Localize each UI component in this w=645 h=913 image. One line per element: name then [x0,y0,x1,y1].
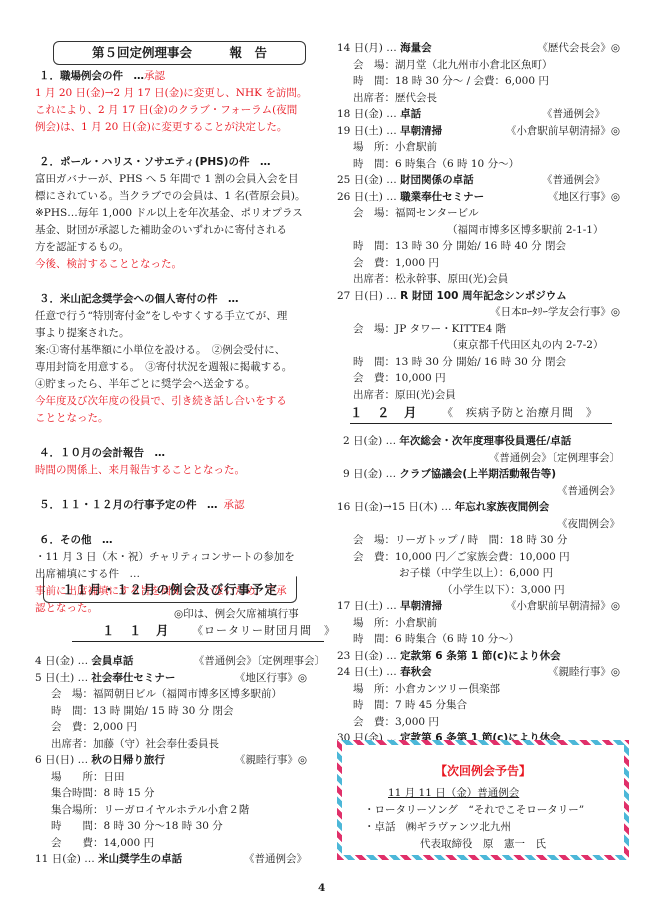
event-row: 5 日(土) … 社会奉仕セミナー 《地区行事》◎ [35,670,325,687]
event-row: 14 日(月) … 海量会 《歴代会長会》◎ [337,40,620,57]
event-tag: 《親睦行事》◎ [235,752,307,769]
status-approved: 承認 [224,499,245,511]
status-approved: 承認 [144,70,165,82]
event-tag: 《小倉駅前早朝清掃》◎ [506,123,620,140]
event-tag: 《普通例会》 [337,483,620,500]
item-4-heading: ４．１０月の会計報告 … [35,445,325,462]
event-tag: 《普通例会》 [542,106,605,123]
schedule-title-box: １１月・１２月の例会及び行事予定 [43,576,297,603]
notice-line: ・卓話 ㈱ギラヴァンツ北九州 [364,819,624,836]
event-row: 23 日(金) … 定款第 6 条第 1 節(c)により休会 [337,648,620,665]
event-row: 16 日(金)→15 日(木) … 年忘れ家族夜間例会 [337,499,620,516]
event-row: 6 日(日) … 秋の日帰り旅行 《親睦行事》◎ [35,752,325,769]
event-row: 11 日(金) … 米山奨学生の卓話 《普通例会》 [35,851,325,868]
event-tag: 《普通例会》 [542,172,605,189]
report-items: １．職場例会の件 …承認 1 月 20 日(金)→2 月 17 日(金)に変更し… [35,68,325,617]
event-row: 27 日(日) … R 財団 100 周年記念シンポジウム [337,288,620,305]
event-row: 17 日(土) … 早朝清掃 《小倉駅前早朝清掃》◎ [337,598,620,615]
event-tag: 《小倉駅前早朝清掃》◎ [506,598,620,615]
item-6-heading: ６．その他 … [35,532,325,549]
item-2-heading: ２．ポール・ハリス・ソサエティ(PHS)の件 … [35,154,325,171]
event-row: 4 日(金) … 会員卓話 《普通例会》〔定例理事会〕 [35,653,325,670]
event-tag: 《歴代会長会》◎ [537,40,620,57]
event-tag: 《地区行事》◎ [548,189,620,206]
dec-events: 2 日(金) … 年次総会・次年度理事役員選任/卓話 《普通例会》〔定例理事会〕… [337,433,620,747]
next-meeting-notice: 【次回例会予告】 11 月 11 日（金）普通例会 ・ロータリーソング “それで… [337,740,629,860]
month-heading-nov: １ １ 月 《ロータリー財団月間 》 [72,622,324,642]
nov-events: 4 日(金) … 会員卓話 《普通例会》〔定例理事会〕 5 日(土) … 社会奉… [35,653,325,868]
notice-line: 代表取締役 原 憲一 氏 [420,836,624,853]
event-row: 19 日(土) … 早朝清掃 《小倉駅前早朝清掃》◎ [337,123,620,140]
event-tag: 《普通例会》〔定例理事会〕 [194,653,325,670]
event-row: 26 日(土) … 職業奉仕セミナー 《地区行事》◎ [337,189,620,206]
event-row: 24 日(土) … 春秋会 《親睦行事》◎ [337,664,620,681]
event-row: 2 日(金) … 年次総会・次年度理事役員選任/卓話 [337,433,620,450]
event-tag: 《地区行事》◎ [235,670,307,687]
schedule-note: ◎印は、例会欠席補填行事 [174,606,299,623]
month-heading-dec: １ ２ 月 《 疾病予防と治療月間 》 [350,404,612,424]
event-row: 25 日(金) … 財団関係の卓話 《普通例会》 [337,172,620,189]
event-tag: 《夜間例会》 [337,516,620,533]
notice-title: 【次回例会予告】 [342,763,624,780]
event-tag: 《普通例会》 [244,851,307,868]
event-tag: 《普通例会》〔定例理事会〕 [337,450,620,467]
nov-events-continued: 14 日(月) … 海量会 《歴代会長会》◎ 会 場：湖月堂（北九州市小倉北区魚… [337,40,620,403]
item-3-heading: ３．米山記念奨学会への個人寄付の件 … [35,291,325,308]
item-1-heading: １．職場例会の件 …承認 [35,68,325,85]
event-tag: 《親睦行事》◎ [548,664,620,681]
report-title-box: 第５回定例理事会 報 告 [53,41,306,65]
event-tag: 《日本ﾛｰﾀﾘｰ学友会行事》◎ [337,304,620,321]
item-5-heading: ５．１１・１２月の行事予定の件 …承認 [35,497,325,514]
page-number: 4 [318,880,325,897]
report-title: 第５回定例理事会 報 告 [92,45,267,60]
event-row: 18 日(金) … 卓話 《普通例会》 [337,106,620,123]
schedule-title: １１月・１２月の例会及び行事予定 [62,582,278,597]
notice-date: 11 月 11 日（金）普通例会 [388,785,624,802]
event-row: 9 日(金) … クラブ協議会(上半期活動報告等) [337,466,620,483]
notice-line: ・ロータリーソング “それでこそロータリー” [364,802,624,819]
